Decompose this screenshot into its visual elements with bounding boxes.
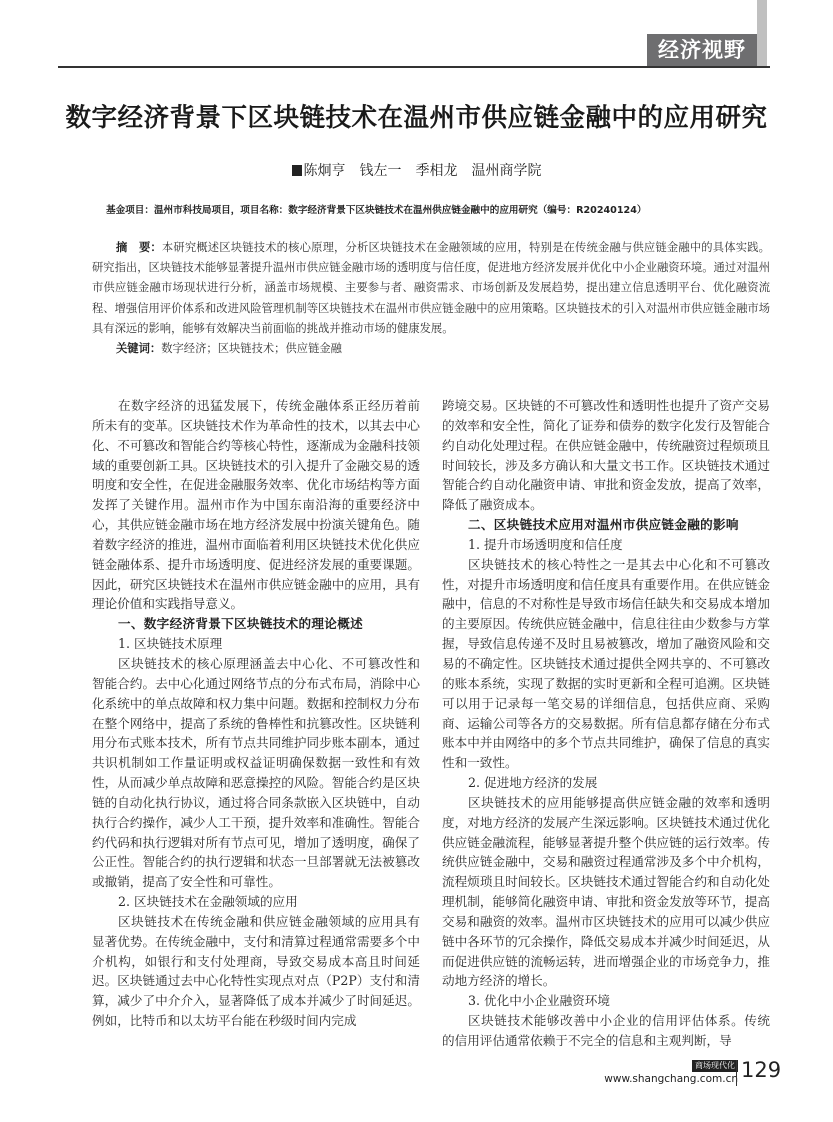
abstract-label: 摘 要： — [116, 241, 162, 254]
keywords-paragraph: 关键词：数字经济；区块链技术；供应链金融 — [92, 339, 770, 359]
left-column: 在数字经济的迅猛发展下，传统金融体系正经历着前所未有的变革。区块链技术作为革命性… — [92, 396, 420, 1031]
footer-divider — [736, 1060, 737, 1086]
author-name: 季相龙 — [416, 163, 458, 179]
fund-info: 基金项目：温州市科技局项目，项目名称：数字经济背景下区块链技术在温州供应链金融中… — [106, 202, 766, 216]
keywords-text: 数字经济；区块链技术；供应链金融 — [161, 342, 342, 355]
paragraph-1-1: 区块链技术的核心原理涵盖去中心化、不可篡改性和智能合约。去中心化通过网络节点的分… — [92, 654, 420, 892]
page-edge-strip — [757, 0, 767, 66]
subheading-2-1: 1. 提升市场透明度和信任度 — [442, 535, 770, 555]
section-heading-1: 一、数字经济背景下区块链技术的理论概述 — [92, 614, 420, 634]
author-affiliation: 温州商学院 — [472, 163, 542, 179]
subheading-1-2: 2. 区块链技术在金融领域的应用 — [92, 892, 420, 912]
header-rule — [58, 66, 770, 68]
journal-logo: 商场现代化 — [692, 1060, 738, 1072]
keywords-label: 关键词： — [116, 342, 161, 355]
abstract-block: 摘 要：本研究概述区块链技术的核心原理，分析区块链技术在金融领域的应用，特别是在… — [92, 238, 770, 359]
page-number: 129 — [741, 1058, 781, 1082]
intro-paragraph: 在数字经济的迅猛发展下，传统金融体系正经历着前所未有的变革。区块链技术作为革命性… — [92, 396, 420, 614]
subheading-2-3: 3. 优化中小企业融资环境 — [442, 991, 770, 1011]
section-heading-2: 二、区块链技术应用对温州市供应链金融的影响 — [442, 515, 770, 535]
paragraph-2-1: 区块链技术的核心特性之一是其去中心化和不可篡改性，对提升市场透明度和信任度具有重… — [442, 555, 770, 773]
right-column: 跨境交易。区块链的不可篡改性和透明性也提升了资产交易的效率和安全性，简化了证券和… — [442, 396, 770, 1051]
subheading-2-2: 2. 促进地方经济的发展 — [442, 773, 770, 793]
square-bullet-icon — [292, 165, 302, 176]
continued-paragraph: 跨境交易。区块链的不可篡改性和透明性也提升了资产交易的效率和安全性，简化了证券和… — [442, 396, 770, 515]
article-title: 数字经济背景下区块链技术在温州市供应链金融中的应用研究 — [40, 98, 793, 134]
journal-url: www.shangchang.com.cn — [604, 1073, 738, 1085]
paragraph-2-2: 区块链技术的应用能够提高供应链金融的效率和透明度，对地方经济的发展产生深远影响。… — [442, 793, 770, 991]
author-name: 陈炯亨 — [304, 163, 346, 179]
page-footer: 商场现代化 www.shangchang.com.cn 129 — [620, 1058, 790, 1088]
abstract-paragraph: 摘 要：本研究概述区块链技术的核心原理，分析区块链技术在金融领域的应用，特别是在… — [92, 238, 770, 339]
paragraph-1-2: 区块链技术在传统金融和供应链金融领域的应用具有显著优势。在传统金融中，支付和清算… — [92, 912, 420, 1031]
subheading-1-1: 1. 区块链技术原理 — [92, 634, 420, 654]
section-tag: 经济视野 — [647, 34, 757, 66]
abstract-text: 本研究概述区块链技术的核心原理，分析区块链技术在金融领域的应用，特别是在传统金融… — [92, 241, 770, 335]
paragraph-2-3: 区块链技术能够改善中小企业的信用评估体系。传统的信用评估通常依赖于不完全的信息和… — [442, 1011, 770, 1051]
author-name: 钱左一 — [360, 163, 402, 179]
author-line: 陈炯亨钱左一季相龙温州商学院 — [0, 160, 833, 180]
